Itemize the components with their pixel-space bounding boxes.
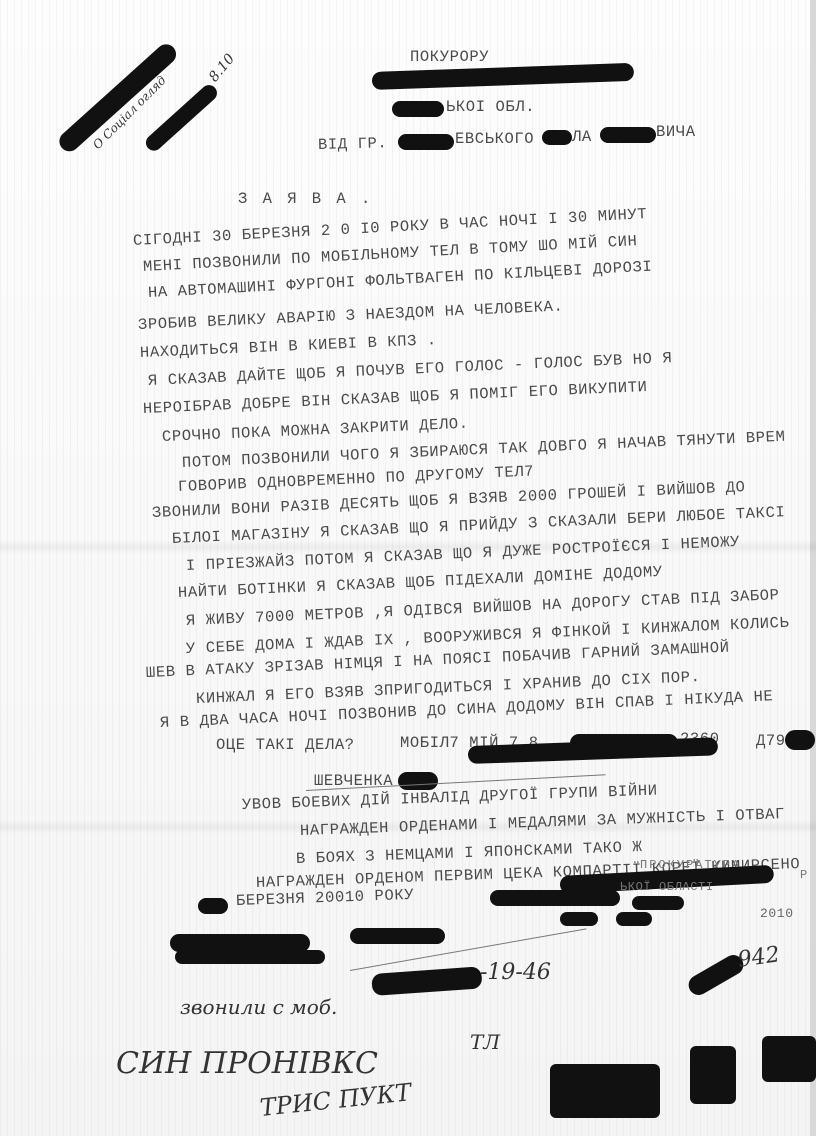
scanned-page: О Соціал огляд 8.10 ПОКУРОРУ ЬКОІ ОБЛ. В…: [0, 0, 816, 1136]
redaction-bar: [600, 127, 656, 143]
redaction-bar: [762, 1036, 816, 1082]
redaction-bar: [175, 950, 325, 964]
signer-line: НАГРАЖДЕН ОРДЕНАМИ І МЕДАЛЯМИ ЗА МУЖНІСТ…: [300, 805, 786, 840]
page-edge: [810, 0, 816, 1136]
handwritten-phone-number: -19-46: [480, 960, 551, 985]
addressee: ПОКУРОРУ: [410, 48, 489, 66]
redaction-bar: [690, 1046, 736, 1104]
closing-phrase: ОЦЕ ТАКІ ДЕЛА?: [216, 736, 355, 754]
handwritten-note-2: ТРИС ПУКТ: [259, 1078, 413, 1122]
from-name-3: ВИЧА: [656, 123, 696, 141]
redaction-bar: [490, 890, 620, 906]
body-line: НАХОДИТЬСЯ ВІН В КИЕВІ В КПЗ .: [140, 331, 438, 362]
redaction-bar: [372, 63, 634, 90]
redaction-bar: [398, 134, 454, 150]
from-name-2: ЛА: [572, 128, 592, 146]
handwritten-note-1: СИН ПРОНІВКС: [116, 1046, 378, 1081]
signer-line: УВОВ БОЕВИХ ДІЙ ІНВАЛІД ДРУГОЇ ГРУПИ ВІЙ…: [242, 781, 658, 814]
handwritten-number: 942: [736, 942, 781, 973]
body-line: СРОЧНО ПОКА МОЖНА ЗАКРИТИ ДЕЛО.: [162, 415, 469, 446]
redaction-bar: [371, 966, 482, 996]
redaction-bar: [616, 912, 652, 926]
redaction-bar: [350, 928, 445, 944]
stamp-letter: Р: [800, 868, 808, 882]
redaction-bar: [398, 772, 438, 790]
redaction-bar: [632, 896, 684, 910]
redaction-bar: [560, 912, 598, 926]
body-line: ЗРОБИВ ВЕЛИКУ АВАРІЮ З НАЕЗДОМ НА ЧЕЛОВЕ…: [138, 297, 564, 334]
handwritten-note-3: ТЛ: [470, 1030, 500, 1054]
from-name-1: ЕВСЬКОГО: [455, 130, 534, 148]
redaction-bar: [550, 1064, 660, 1118]
redaction-bar: [392, 101, 444, 117]
document-title: З А Я В А .: [238, 190, 373, 208]
handwritten-date: 8.10: [206, 51, 238, 85]
stamp-year: 2010: [760, 906, 794, 921]
redaction-bar: [785, 730, 815, 750]
stamp-line2: ЬКОЇ ОБЛАСТІ: [620, 880, 714, 894]
redaction-bar: [542, 130, 572, 145]
handwritten-phone-note: звонили с моб.: [180, 995, 337, 1019]
from-prefix: ВІД ГР.: [318, 134, 388, 154]
region: ЬКОІ ОБЛ.: [446, 98, 535, 116]
redaction-bar: [198, 898, 228, 914]
